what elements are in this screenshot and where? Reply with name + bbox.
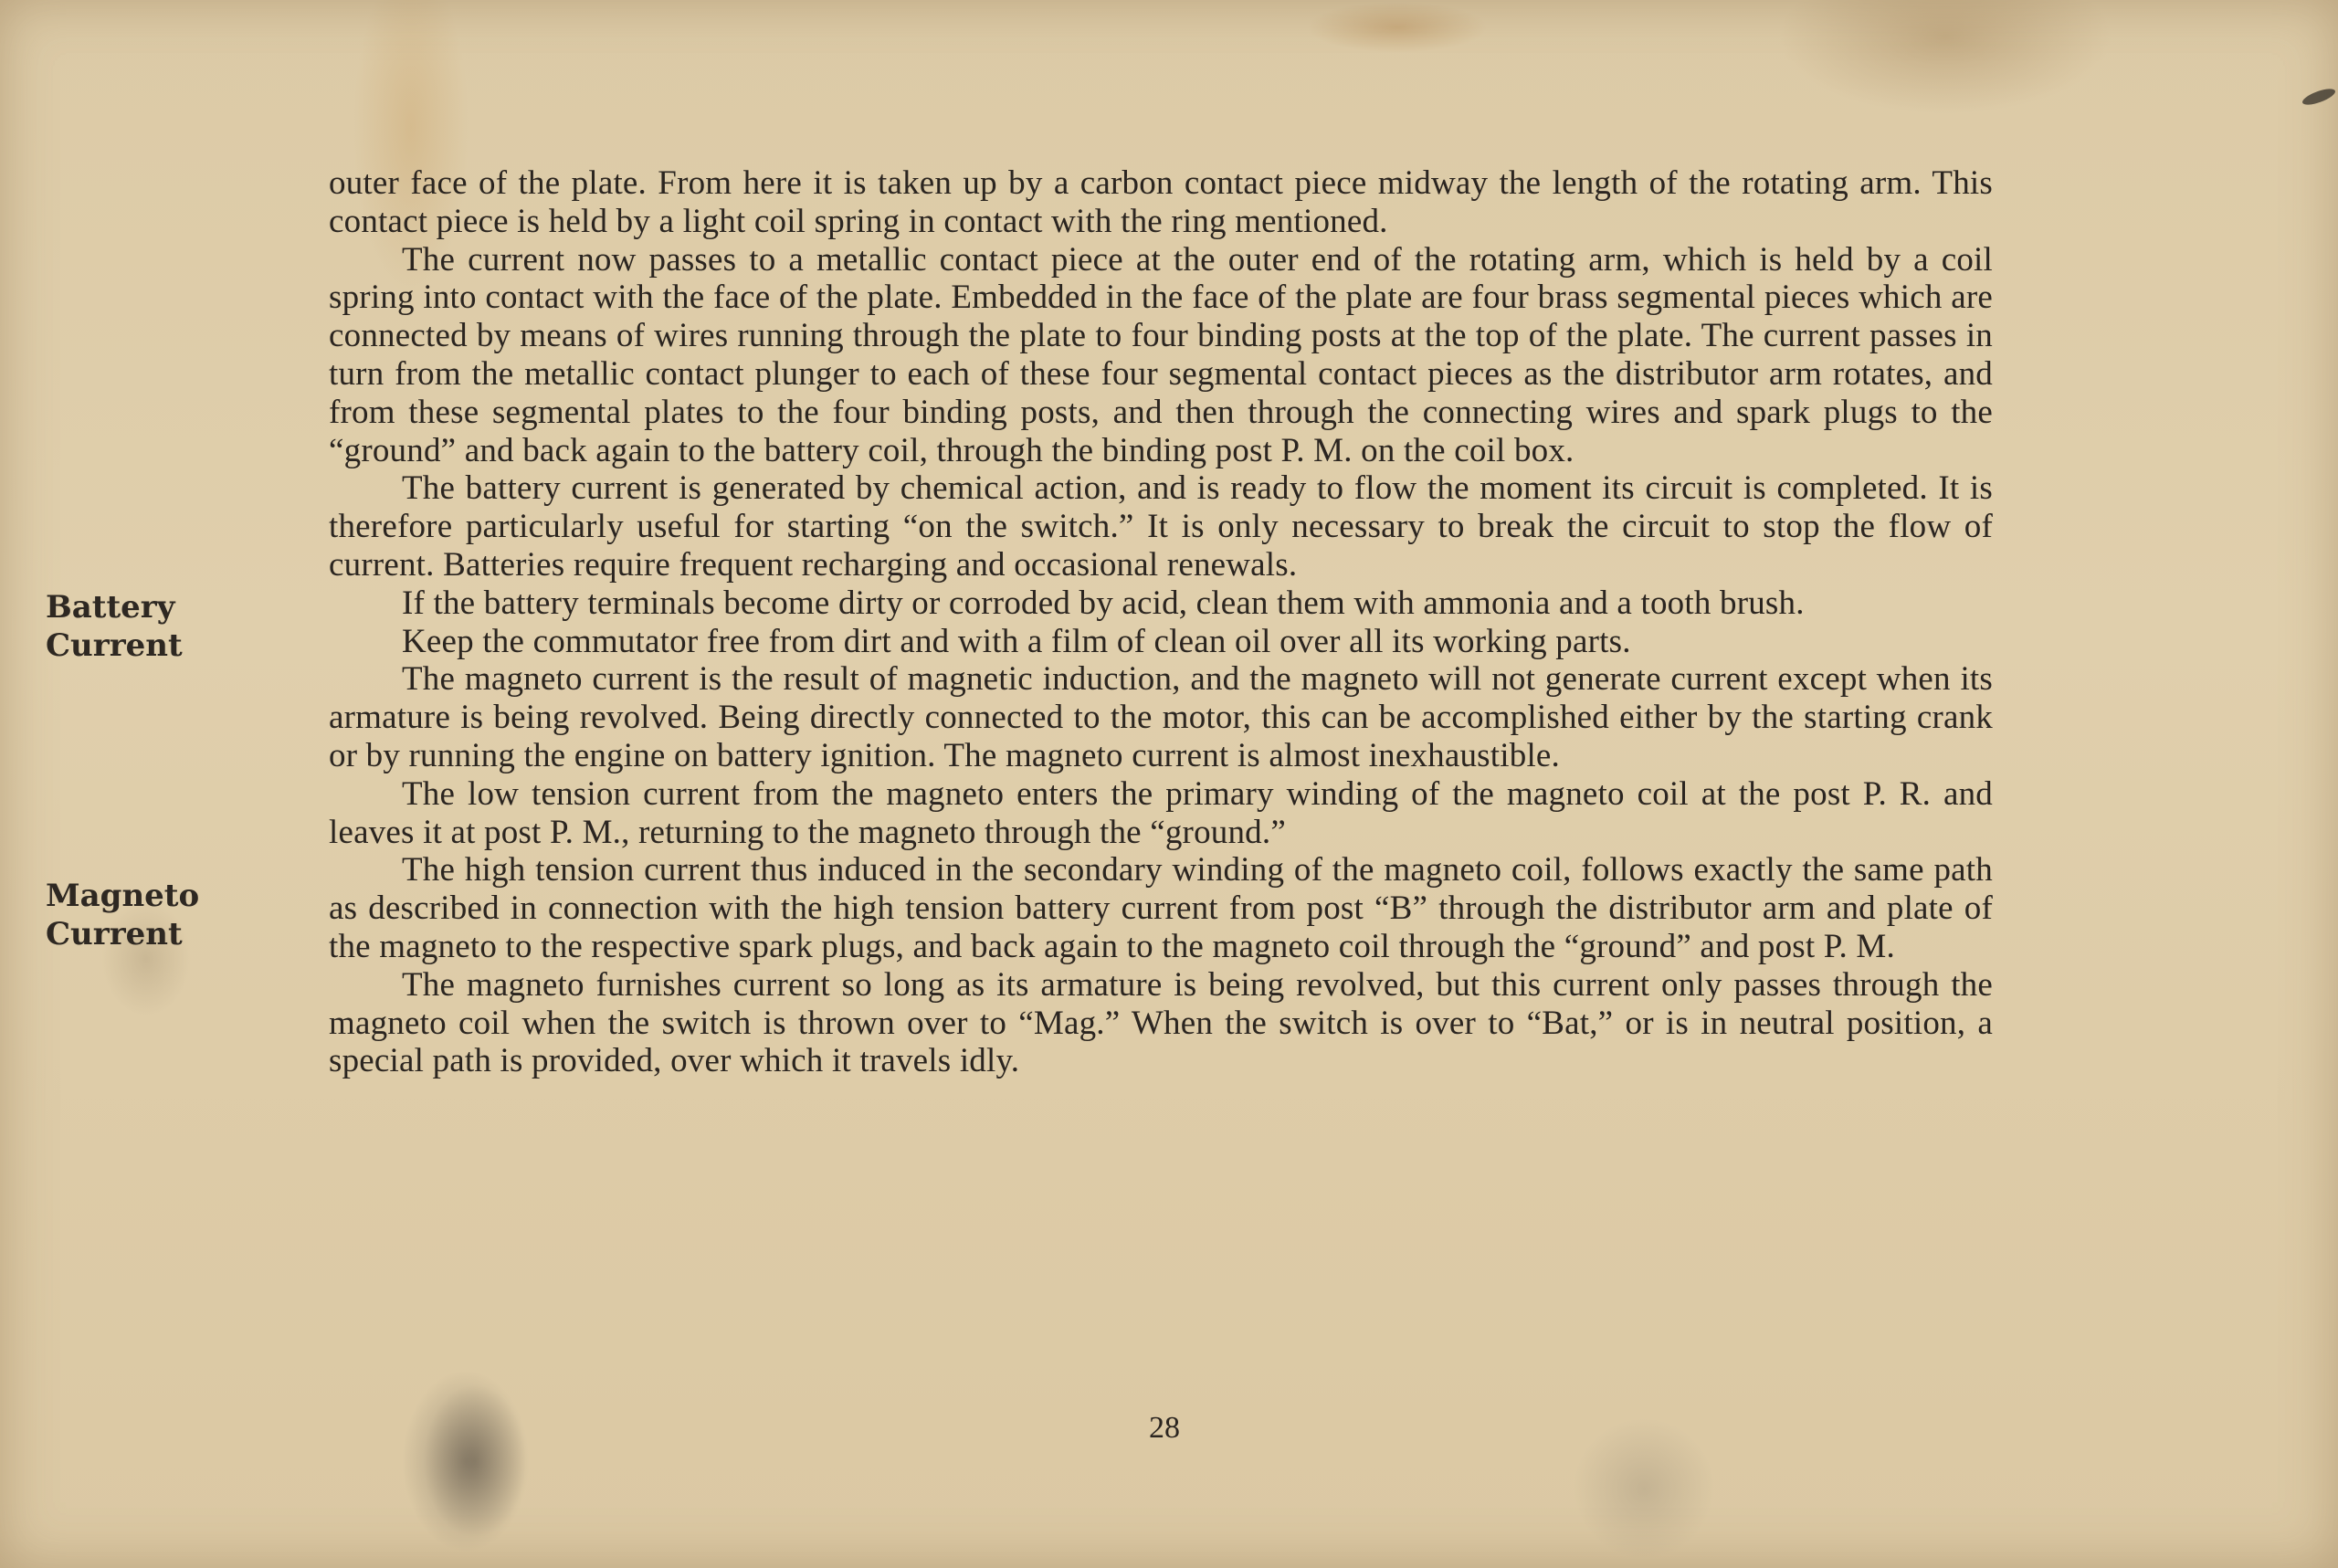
paragraph: The battery current is generated by chem… [329, 469, 1993, 584]
book-page: Battery Current Magneto Current outer fa… [0, 0, 2338, 1568]
paragraph: If the battery terminals become dirty or… [329, 584, 1993, 623]
body-text: outer face of the plate. From here it is… [329, 164, 1993, 1080]
paragraph: The current now passes to a metallic con… [329, 241, 1993, 470]
sidenote-magneto-current: Magneto Current [46, 877, 228, 953]
stain-mark [2301, 86, 2337, 108]
paragraph: The magneto furnishes current so long as… [329, 966, 1993, 1080]
paragraph: The high tension current thus induced in… [329, 851, 1993, 965]
paragraph: Keep the commutator free from dirt and w… [329, 623, 1993, 661]
thumbprint-stain [402, 1370, 530, 1552]
sidenote-battery-current: Battery Current [46, 588, 228, 665]
sidenote-line: Current [46, 626, 228, 665]
page-number: 28 [1142, 1411, 1187, 1446]
paragraph: The magneto current is the result of mag… [329, 660, 1993, 774]
sidenote-line: Battery [46, 588, 228, 626]
sidenote-line: Current [46, 915, 228, 953]
sidenote-line: Magneto [46, 877, 228, 915]
paragraph: The low tension current from the magneto… [329, 775, 1993, 852]
paragraph: outer face of the plate. From here it is… [329, 164, 1993, 241]
